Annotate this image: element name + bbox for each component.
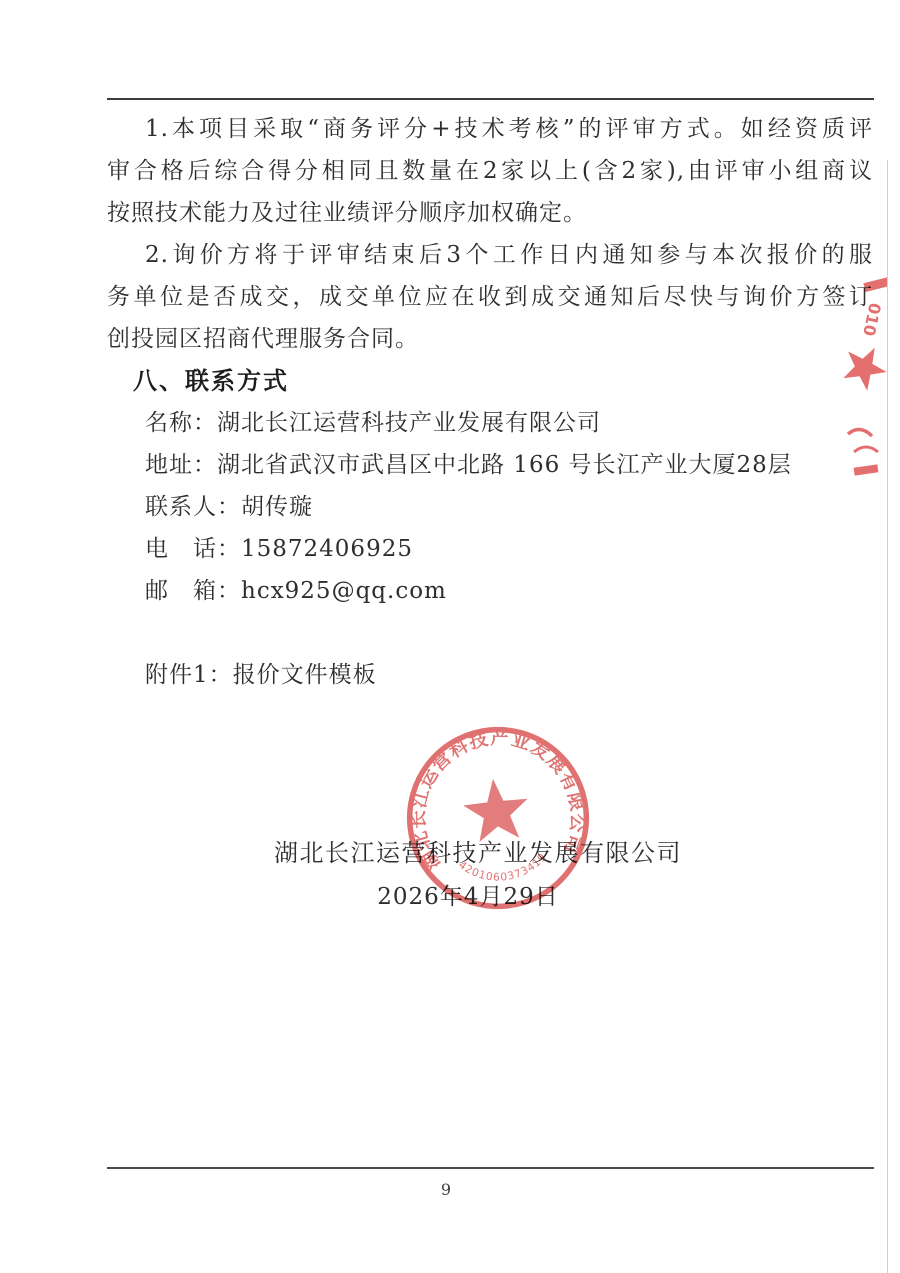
contact-line-name: 名称：湖北长江运营科技产业发展有限公司	[107, 402, 873, 444]
signature-date: 2026年4月29日	[85, 875, 851, 919]
contact-line-email: 邮 箱：hcx925@qq.com	[107, 570, 873, 612]
paragraph-line: 创投园区招商代理服务合同。	[107, 318, 873, 360]
contact-line-address: 地址：湖北省武汉市武昌区中北路 166 号长江产业大厦28层	[107, 444, 873, 486]
scan-page-edge-line	[887, 160, 888, 1273]
contact-line-phone: 电 话：15872406925	[107, 528, 873, 570]
paragraph-line: 按照技术能力及过往业绩评分顺序加权确定。	[107, 192, 873, 234]
document-body: 1.本项目采取“商务评分+技术考核”的评审方式。如经资质评 审合格后综合得分相同…	[107, 108, 873, 696]
paragraph-line: 1.本项目采取“商务评分+技术考核”的评审方式。如经资质评	[107, 108, 873, 150]
attachment-line: 附件1：报价文件模板	[107, 654, 873, 696]
section-heading: 八、联系方式	[107, 360, 873, 402]
header-rule	[107, 98, 874, 100]
footer-rule	[107, 1167, 874, 1169]
contact-line-person: 联系人：胡传璇	[107, 486, 873, 528]
paragraph-line: 务单位是否成交，成交单位应在收到成交通知后尽快与询价方签订	[107, 276, 873, 318]
paragraph-line: 2.询价方将于评审结束后3个工作日内通知参与本次报价的服	[107, 234, 873, 276]
document-page: 1.本项目采取“商务评分+技术考核”的评审方式。如经资质评 审合格后综合得分相同…	[0, 0, 900, 1273]
blank-line	[107, 612, 873, 654]
page-number: 9	[0, 1180, 892, 1199]
signature-company: 湖北长江运营科技产业发展有限公司	[95, 831, 861, 875]
paragraph-line: 审合格后综合得分相同且数量在2家以上(含2家),由评审小组商议	[107, 150, 873, 192]
